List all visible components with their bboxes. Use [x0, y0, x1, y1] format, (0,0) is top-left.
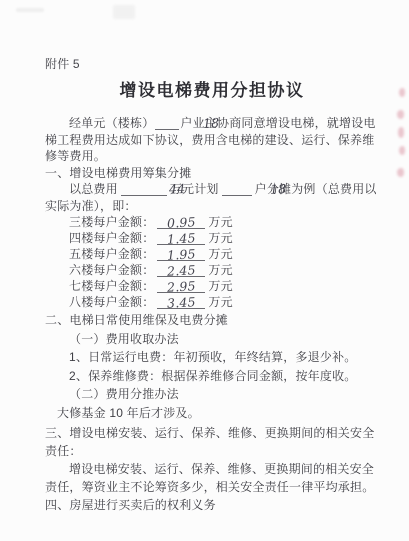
section2-sub1: （一）费用收取办法	[69, 331, 379, 349]
floor-fee-blank: 0.95	[157, 215, 205, 229]
document-body: 附件 5 增设电梯费用分担协议 经单元（楼栋）18户业主协商同意增设电梯，就增设…	[45, 56, 379, 514]
attachment-label: 附件 5	[45, 56, 379, 73]
floor-fee-row: 五楼每户金额：1.95万元	[69, 246, 379, 262]
red-ink-bleedthrough-mark	[397, 110, 404, 119]
red-ink-bleedthrough-mark	[399, 88, 405, 97]
handwritten-amount: 2.95	[167, 279, 196, 293]
scanned-document-page: 附件 5 增设电梯费用分担协议 经单元（楼栋）18户业主协商同意增设电梯，就增设…	[0, 0, 409, 541]
total-cost-blank: 44	[121, 182, 167, 196]
floor-fee-label: 四楼每户金额：	[69, 231, 154, 245]
floor-fee-label: 三楼每户金额：	[69, 215, 154, 229]
section2-heading: 二、电梯日常使用维保及电费分摊	[45, 312, 379, 330]
section2-item2: 2、保养维修费：根据保养维修合同金额，按年度收。	[69, 368, 379, 386]
handwritten-total-cost: 44	[145, 182, 186, 197]
cost-text-pre: 以总费用	[69, 182, 118, 196]
floor-fee-unit: 万元	[208, 247, 232, 261]
floor-fee-blank: 1.45	[157, 231, 205, 245]
intro-paragraph: 经单元（楼栋）18户业主协商同意增设电梯，就增设电梯工程费用达成如下协议，费用含…	[45, 115, 379, 165]
floor-fee-row: 六楼每户金额：2.45万元	[69, 262, 379, 278]
floor-fee-unit: 万元	[208, 279, 232, 293]
handwritten-amount: 3.45	[167, 295, 196, 309]
floor-fee-blank: 2.45	[157, 263, 205, 277]
floor-fee-blank: 1.95	[157, 247, 205, 261]
section2-item1: 1、日常运行电费：年初预收，年终结算，多退少补。	[69, 349, 379, 367]
handwritten-household-count: 18	[245, 182, 286, 197]
handwritten-households: 18	[179, 116, 220, 131]
floor-fee-label: 六楼每户金额：	[69, 263, 154, 277]
floor-fee-label: 五楼每户金额：	[69, 247, 154, 261]
floor-fee-unit: 万元	[208, 263, 232, 277]
section3-heading: 三、增设电梯安装、运行、保养、维修、更换期间的相关安全责任：	[45, 424, 379, 460]
section2-note: 大修基金 10 年后才涉及。	[57, 405, 379, 423]
floor-fee-label: 八楼每户金额：	[69, 295, 154, 309]
handwritten-amount: 1.45	[167, 231, 196, 245]
floor-fee-label: 七楼每户金额：	[69, 279, 154, 293]
red-ink-bleedthrough-mark	[399, 146, 405, 155]
floor-fee-blank: 3.45	[157, 295, 205, 309]
section1-heading: 一、增设电梯费用筹集分摊	[45, 165, 379, 182]
households-blank: 18	[155, 116, 179, 130]
cost-sharing-line: 以总费用44万元计划18户分摊为例（总费用以实际为准），即：	[45, 181, 379, 214]
floor-fee-list: 三楼每户金额：0.95万元 四楼每户金额：1.45万元 五楼每户金额：1.95万…	[69, 214, 379, 310]
red-ink-bleedthrough-mark	[397, 168, 404, 177]
document-title: 增设电梯费用分担协议	[45, 83, 379, 100]
household-count-blank: 18	[222, 182, 252, 196]
section4-heading: 四、房屋进行买卖后的权利义务	[45, 496, 379, 514]
floor-fee-blank: 2.95	[157, 279, 205, 293]
scan-smudge	[16, 8, 44, 12]
floor-fee-row: 七楼每户金额：2.95万元	[69, 278, 379, 294]
section3-body: 增设电梯安装、运行、保养、维修、更换期间的相关安全责任，筹资业主不论筹资多少，相…	[45, 460, 379, 496]
handwritten-amount: 2.45	[167, 263, 196, 277]
floor-fee-unit: 万元	[208, 215, 232, 229]
handwritten-amount: 1.95	[167, 247, 196, 261]
floor-fee-row: 三楼每户金额：0.95万元	[69, 214, 379, 230]
floor-fee-row: 四楼每户金额：1.45万元	[69, 230, 379, 246]
floor-fee-row: 八楼每户金额：3.45万元	[69, 294, 379, 310]
scan-smudge	[113, 5, 135, 19]
section2-sub2: （二）费用分推办法	[69, 386, 379, 404]
red-ink-bleedthrough-mark	[398, 127, 404, 138]
intro-text-pre: 经单元（楼栋）	[69, 116, 154, 130]
floor-fee-unit: 万元	[208, 231, 232, 245]
handwritten-amount: 0.95	[167, 215, 196, 229]
floor-fee-unit: 万元	[208, 295, 232, 309]
